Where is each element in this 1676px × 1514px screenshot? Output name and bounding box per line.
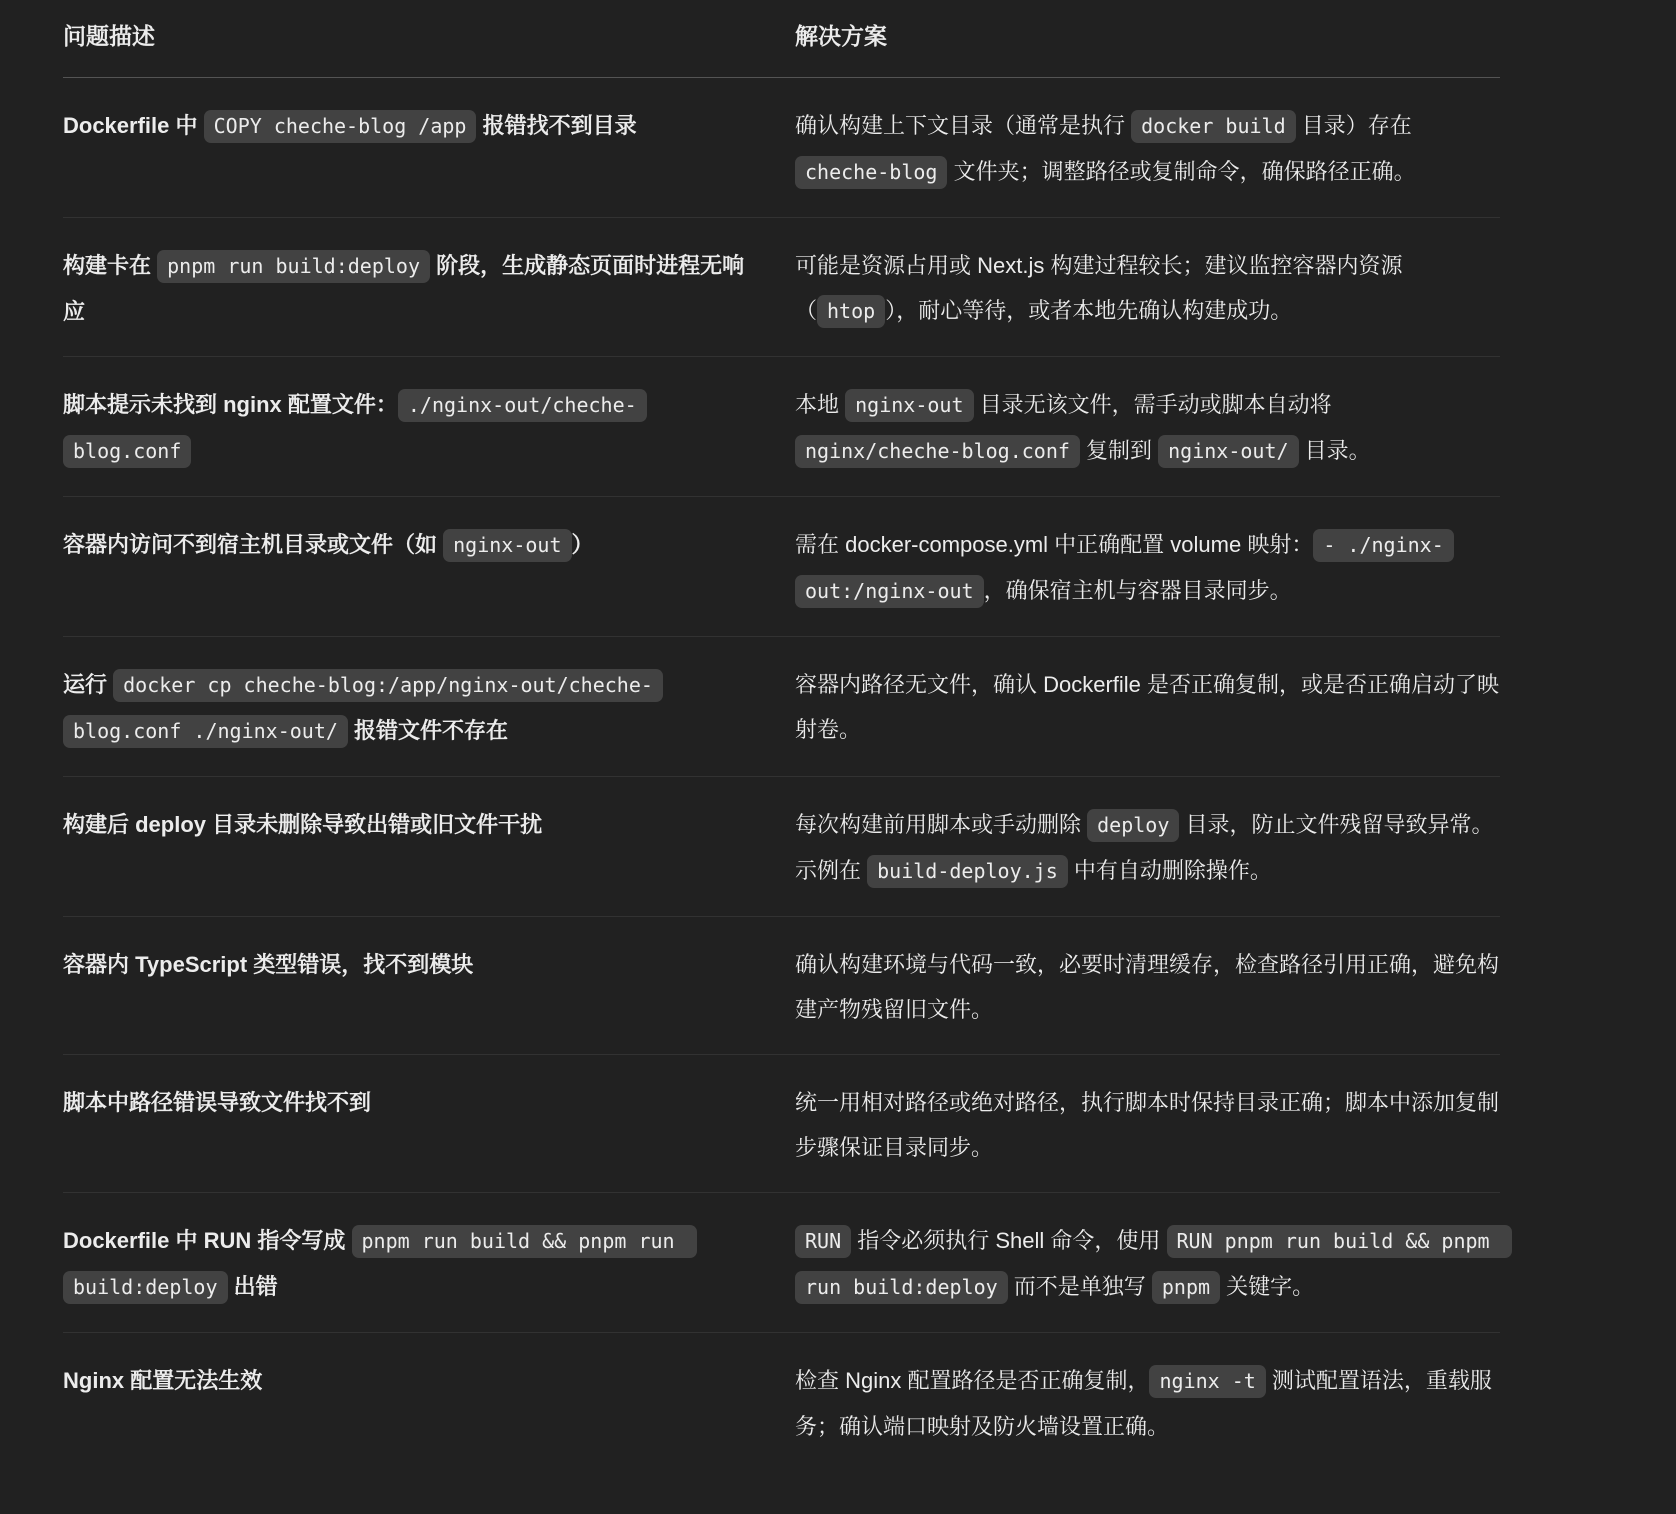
inline-code: deploy: [1087, 809, 1179, 842]
column-header-problem: 问题描述: [63, 10, 795, 78]
problem-cell: 构建卡在 pnpm run build:deploy 阶段，生成静态页面时进程无…: [63, 218, 795, 357]
inline-code: RUN: [795, 1225, 851, 1258]
problem-cell: Dockerfile 中 COPY cheche-blog /app 报错找不到…: [63, 78, 795, 218]
header-row: 问题描述 解决方案: [63, 10, 1500, 78]
problem-cell: Dockerfile 中 RUN 指令写成 pnpm run build && …: [63, 1193, 795, 1333]
inline-code: cheche-blog: [795, 156, 947, 189]
table-header: 问题描述 解决方案: [63, 10, 1500, 78]
problem-cell: 容器内 TypeScript 类型错误，找不到模块: [63, 917, 795, 1055]
inline-code: pnpm run build:deploy: [157, 250, 430, 283]
inline-code: docker cp cheche-blog:/app/nginx-out/che…: [63, 669, 663, 748]
troubleshooting-table: 问题描述 解决方案 Dockerfile 中 COPY cheche-blog …: [63, 10, 1500, 1471]
inline-code: nginx-out: [443, 529, 571, 562]
inline-code: - ./nginx-out:/nginx-out: [795, 529, 1454, 608]
solution-cell: 本地 nginx-out 目录无该文件，需手动或脚本自动将 nginx/chec…: [795, 357, 1500, 497]
table-row: Dockerfile 中 COPY cheche-blog /app 报错找不到…: [63, 78, 1500, 218]
table-row: 容器内 TypeScript 类型错误，找不到模块 确认构建环境与代码一致，必要…: [63, 917, 1500, 1055]
solution-cell: 检查 Nginx 配置路径是否正确复制，nginx -t 测试配置语法，重载服务…: [795, 1333, 1500, 1471]
inline-code: nginx/cheche-blog.conf: [795, 435, 1080, 468]
inline-code: docker build: [1131, 110, 1296, 143]
inline-code: ./nginx-out/cheche-blog.conf: [63, 389, 647, 468]
table-row: 脚本中路径错误导致文件找不到 统一用相对路径或绝对路径，执行脚本时保持目录正确；…: [63, 1055, 1500, 1193]
solution-cell: 确认构建环境与代码一致，必要时清理缓存，检查路径引用正确，避免构建产物残留旧文件…: [795, 917, 1500, 1055]
problem-cell: Nginx 配置无法生效: [63, 1333, 795, 1471]
inline-code: build-deploy.js: [867, 855, 1068, 888]
problem-cell: 脚本中路径错误导致文件找不到: [63, 1055, 795, 1193]
table-row: 构建卡在 pnpm run build:deploy 阶段，生成静态页面时进程无…: [63, 218, 1500, 357]
solution-cell: RUN 指令必须执行 Shell 命令，使用 RUN pnpm run buil…: [795, 1193, 1500, 1333]
table-row: 脚本提示未找到 nginx 配置文件：./nginx-out/cheche-bl…: [63, 357, 1500, 497]
page: 问题描述 解决方案 Dockerfile 中 COPY cheche-blog …: [0, 0, 1676, 1511]
table-row: 容器内访问不到宿主机目录或文件（如 nginx-out） 需在 docker-c…: [63, 497, 1500, 637]
solution-cell: 需在 docker-compose.yml 中正确配置 volume 映射：- …: [795, 497, 1500, 637]
inline-code: pnpm run build && pnpm run build:deploy: [63, 1225, 697, 1304]
problem-cell: 运行 docker cp cheche-blog:/app/nginx-out/…: [63, 637, 795, 777]
table-body: Dockerfile 中 COPY cheche-blog /app 报错找不到…: [63, 78, 1500, 1471]
problem-cell: 构建后 deploy 目录未删除导致出错或旧文件干扰: [63, 777, 795, 917]
table-row: 运行 docker cp cheche-blog:/app/nginx-out/…: [63, 637, 1500, 777]
inline-code: nginx-out/: [1158, 435, 1298, 468]
solution-cell: 容器内路径无文件，确认 Dockerfile 是否正确复制，或是否正确启动了映射…: [795, 637, 1500, 777]
inline-code: pnpm: [1152, 1271, 1220, 1304]
problem-cell: 脚本提示未找到 nginx 配置文件：./nginx-out/cheche-bl…: [63, 357, 795, 497]
inline-code: nginx -t: [1149, 1365, 1265, 1398]
solution-cell: 统一用相对路径或绝对路径，执行脚本时保持目录正确；脚本中添加复制步骤保证目录同步…: [795, 1055, 1500, 1193]
solution-cell: 每次构建前用脚本或手动删除 deploy 目录，防止文件残留导致异常。示例在 b…: [795, 777, 1500, 917]
solution-cell: 可能是资源占用或 Next.js 构建过程较长；建议监控容器内资源（htop），…: [795, 218, 1500, 357]
table-row: Nginx 配置无法生效 检查 Nginx 配置路径是否正确复制，nginx -…: [63, 1333, 1500, 1471]
inline-code: nginx-out: [845, 389, 973, 422]
inline-code: htop: [817, 295, 885, 328]
solution-cell: 确认构建上下文目录（通常是执行 docker build 目录）存在 chech…: [795, 78, 1500, 218]
table-row: 构建后 deploy 目录未删除导致出错或旧文件干扰 每次构建前用脚本或手动删除…: [63, 777, 1500, 917]
table-row: Dockerfile 中 RUN 指令写成 pnpm run build && …: [63, 1193, 1500, 1333]
column-header-solution: 解决方案: [795, 10, 1500, 78]
inline-code: COPY cheche-blog /app: [204, 110, 477, 143]
problem-cell: 容器内访问不到宿主机目录或文件（如 nginx-out）: [63, 497, 795, 637]
